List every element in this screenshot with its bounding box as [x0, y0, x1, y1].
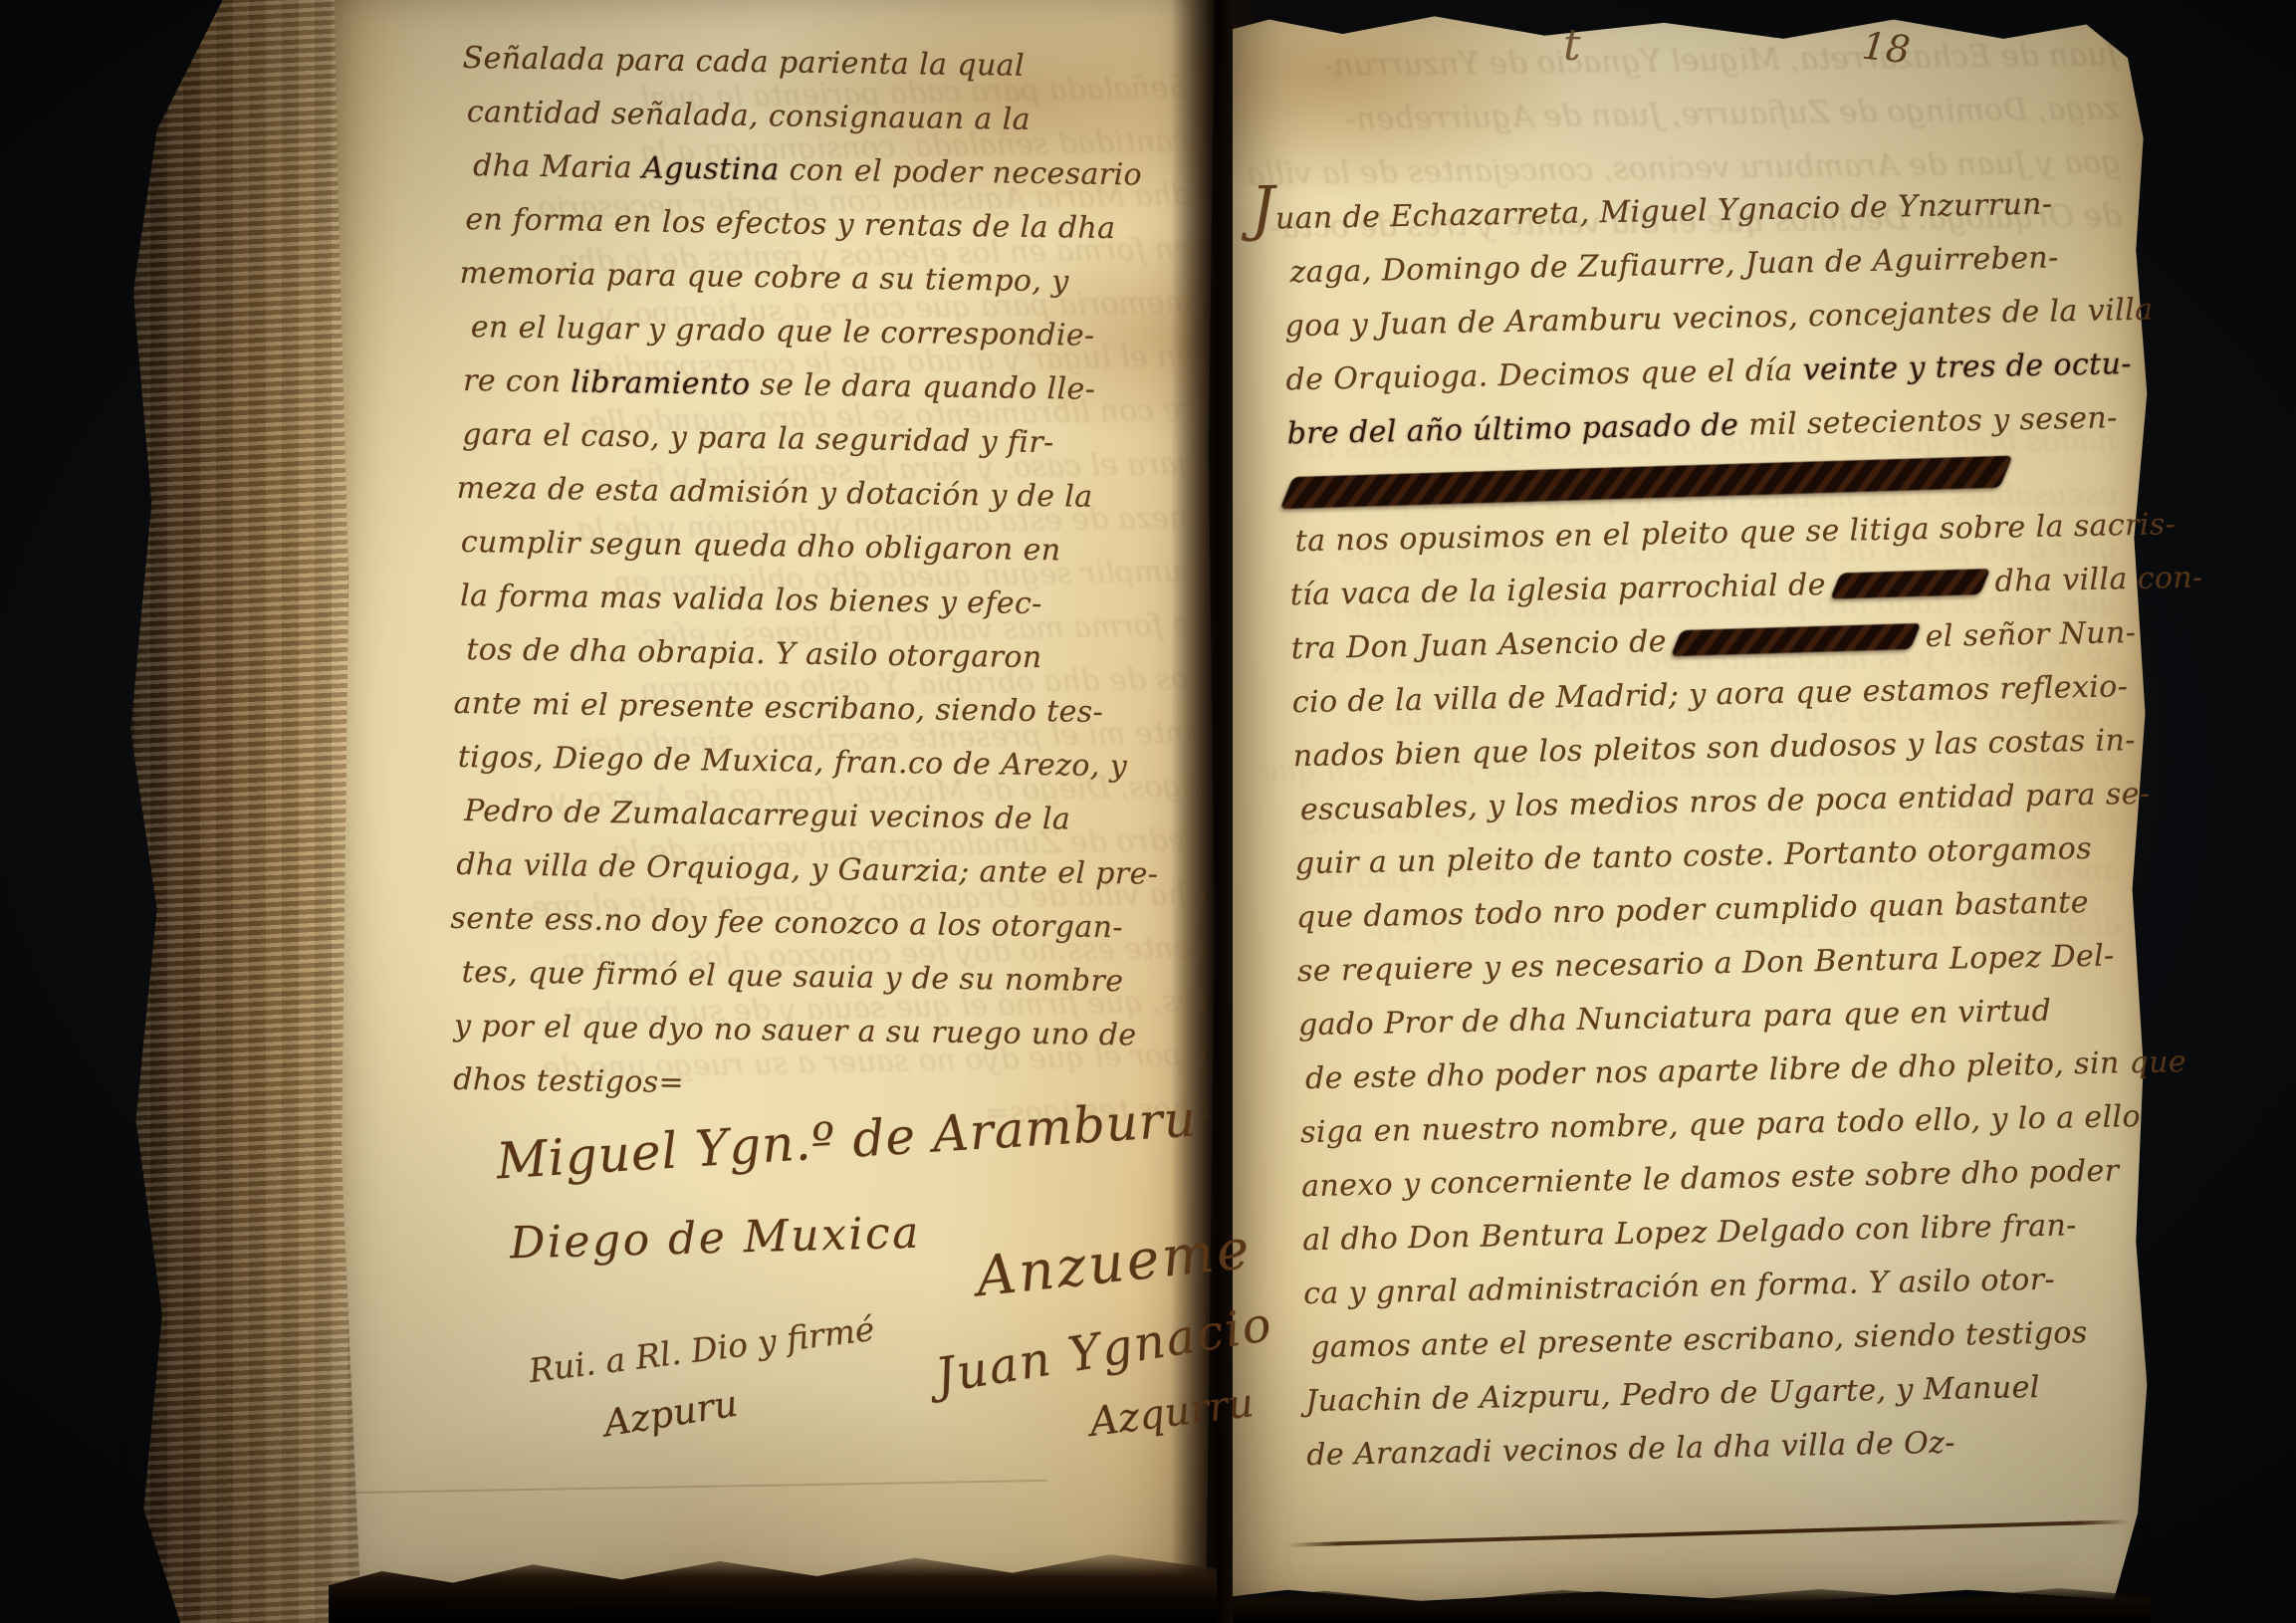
handwritten-text: guir a un pleito de tanto coste. Portant… — [1295, 831, 2093, 881]
handwritten-text: se le dara quando lle- — [750, 367, 1095, 407]
handwritten-text: ta nos opusimos en el pleito que se liti… — [1294, 507, 2176, 559]
handwritten-text: tía vaca de la iglesia parrochial de — [1289, 568, 1836, 613]
handwritten-text: veinte y tres de octu- — [1802, 347, 2132, 387]
handwritten-text: gara el caso, y para la seguridad y fir- — [462, 417, 1054, 460]
handwritten-text: bre del año último pasado de — [1286, 407, 1748, 451]
handwritten-text: goa y Juan de Aramburu vecinos, concejan… — [1284, 293, 2153, 345]
ink-blot — [1279, 456, 2012, 510]
handwritten-text: dha villa con- — [1984, 561, 2203, 599]
handwritten-text: tigos, Diego de Muxica, fran.co de Arezo… — [458, 740, 1128, 784]
handwritten-text: dhos testigos= — [453, 1062, 684, 1100]
handwritten-text: sente ess.no doy fee conozco a los otorg… — [450, 901, 1123, 945]
handwritten-text: zaga, Domingo de Zufiaurre, Juan de Agui… — [1289, 240, 2059, 290]
handwritten-text: gamos ante el presente escribano, siendo… — [1310, 1315, 2088, 1365]
handwritten-text: libramiento — [571, 364, 751, 402]
handwritten-text: dha villa de Orquioga, y Gaurzia; ante e… — [456, 847, 1158, 892]
handwritten-text: escusables, y los medios nros de poca en… — [1300, 777, 2151, 827]
handwritten-text: al dho Don Bentura Lopez Delgado con lib… — [1302, 1208, 2077, 1258]
handwritten-text: de Aranzadi vecinos de la dha villa de O… — [1306, 1426, 1955, 1474]
handwritten-text: Juachin de Aizpuru, Pedro de Ugarte, y M… — [1305, 1370, 2040, 1419]
handwritten-text: en el lugar y grado que le correspondie- — [471, 310, 1095, 353]
handwritten-text: ante mi el presente escribano, siendo te… — [453, 686, 1103, 730]
right-page-text: Juan de Echazarreta, Miguel Ygnacio de Y… — [1251, 176, 2172, 1484]
manuscript-photo: Señalada para cada parienta la qualcanti… — [0, 0, 2296, 1623]
handwritten-text: cio de la villa de Madrid; y aora que es… — [1291, 669, 2128, 720]
handwritten-text: de este dho poder nos aparte libre de dh… — [1305, 1044, 2187, 1096]
handwritten-text: anexo y concerniente le damos este sobre… — [1301, 1153, 2120, 1204]
handwritten-text: de Orquioga. Decimos que el día — [1285, 352, 1803, 397]
handwritten-text: que damos todo nro poder cumplido quan b… — [1296, 885, 2090, 935]
handwritten-text: re con — [463, 363, 572, 400]
handwritten-text: memoria para que cobre a su tiempo, y — [459, 256, 1068, 300]
handwritten-text: el señor Nun- — [1915, 615, 2136, 654]
ink-blot — [1830, 569, 1990, 599]
handwritten-text: cumplir segun queda dho obligaron en — [461, 525, 1061, 568]
ink-blot — [1671, 623, 1922, 656]
handwritten-text: con el poder necesario — [779, 152, 1142, 192]
handwritten-text: cantidad señalada, consignauan a la — [467, 95, 1031, 137]
handwritten-text: dha Maria — [473, 148, 642, 185]
handwritten-text: Pedro de Zumalacarregui vecinos de la — [464, 794, 1071, 837]
handwritten-text: tra Don Juan Asencio de — [1290, 624, 1677, 666]
handwritten-text: Señalada para cada parienta la qual — [462, 41, 1025, 84]
signature-diego-de-muxica: Diego de Muxica — [509, 1208, 921, 1270]
handwritten-text: y por el que dyo no sauer a su ruego uno… — [454, 1009, 1137, 1053]
folio-number: 18 — [1860, 24, 1913, 73]
handwritten-text: se requiere y es necesario a Don Bentura… — [1297, 938, 2115, 989]
handwritten-text: tes, que firmó el que sauia y de su nomb… — [462, 955, 1124, 999]
handwritten-text: Juan de Echazarreta, Miguel Ygnacio de Y… — [1251, 187, 2053, 237]
handwritten-text: meza de esta admisión y dotación y de la — [456, 471, 1092, 515]
cross-mark: t — [1563, 20, 1581, 71]
handwritten-text: en forma en los efectos y rentas de la d… — [465, 202, 1116, 246]
handwritten-text: ca y gnral administración en forma. Y as… — [1303, 1263, 2055, 1311]
handwritten-text: gado Pror de dha Nunciatura para que en … — [1298, 994, 2052, 1043]
handwritten-text: tos de dha obrapia. Y asilo otorgaron — [466, 632, 1042, 675]
left-page-text: Señalada para cada parienta la qualcanti… — [453, 32, 1227, 1118]
handwritten-text: la forma mas valida los bienes y efec- — [460, 579, 1042, 621]
handwritten-text: siga en nuestro nombre, que para todo el… — [1300, 1099, 2142, 1150]
handwritten-text: mil setecientos y sesen- — [1748, 400, 2118, 442]
handwritten-text: nados bien que los pleitos son dudosos y… — [1293, 723, 2137, 774]
handwritten-text: Agustina — [642, 150, 780, 187]
